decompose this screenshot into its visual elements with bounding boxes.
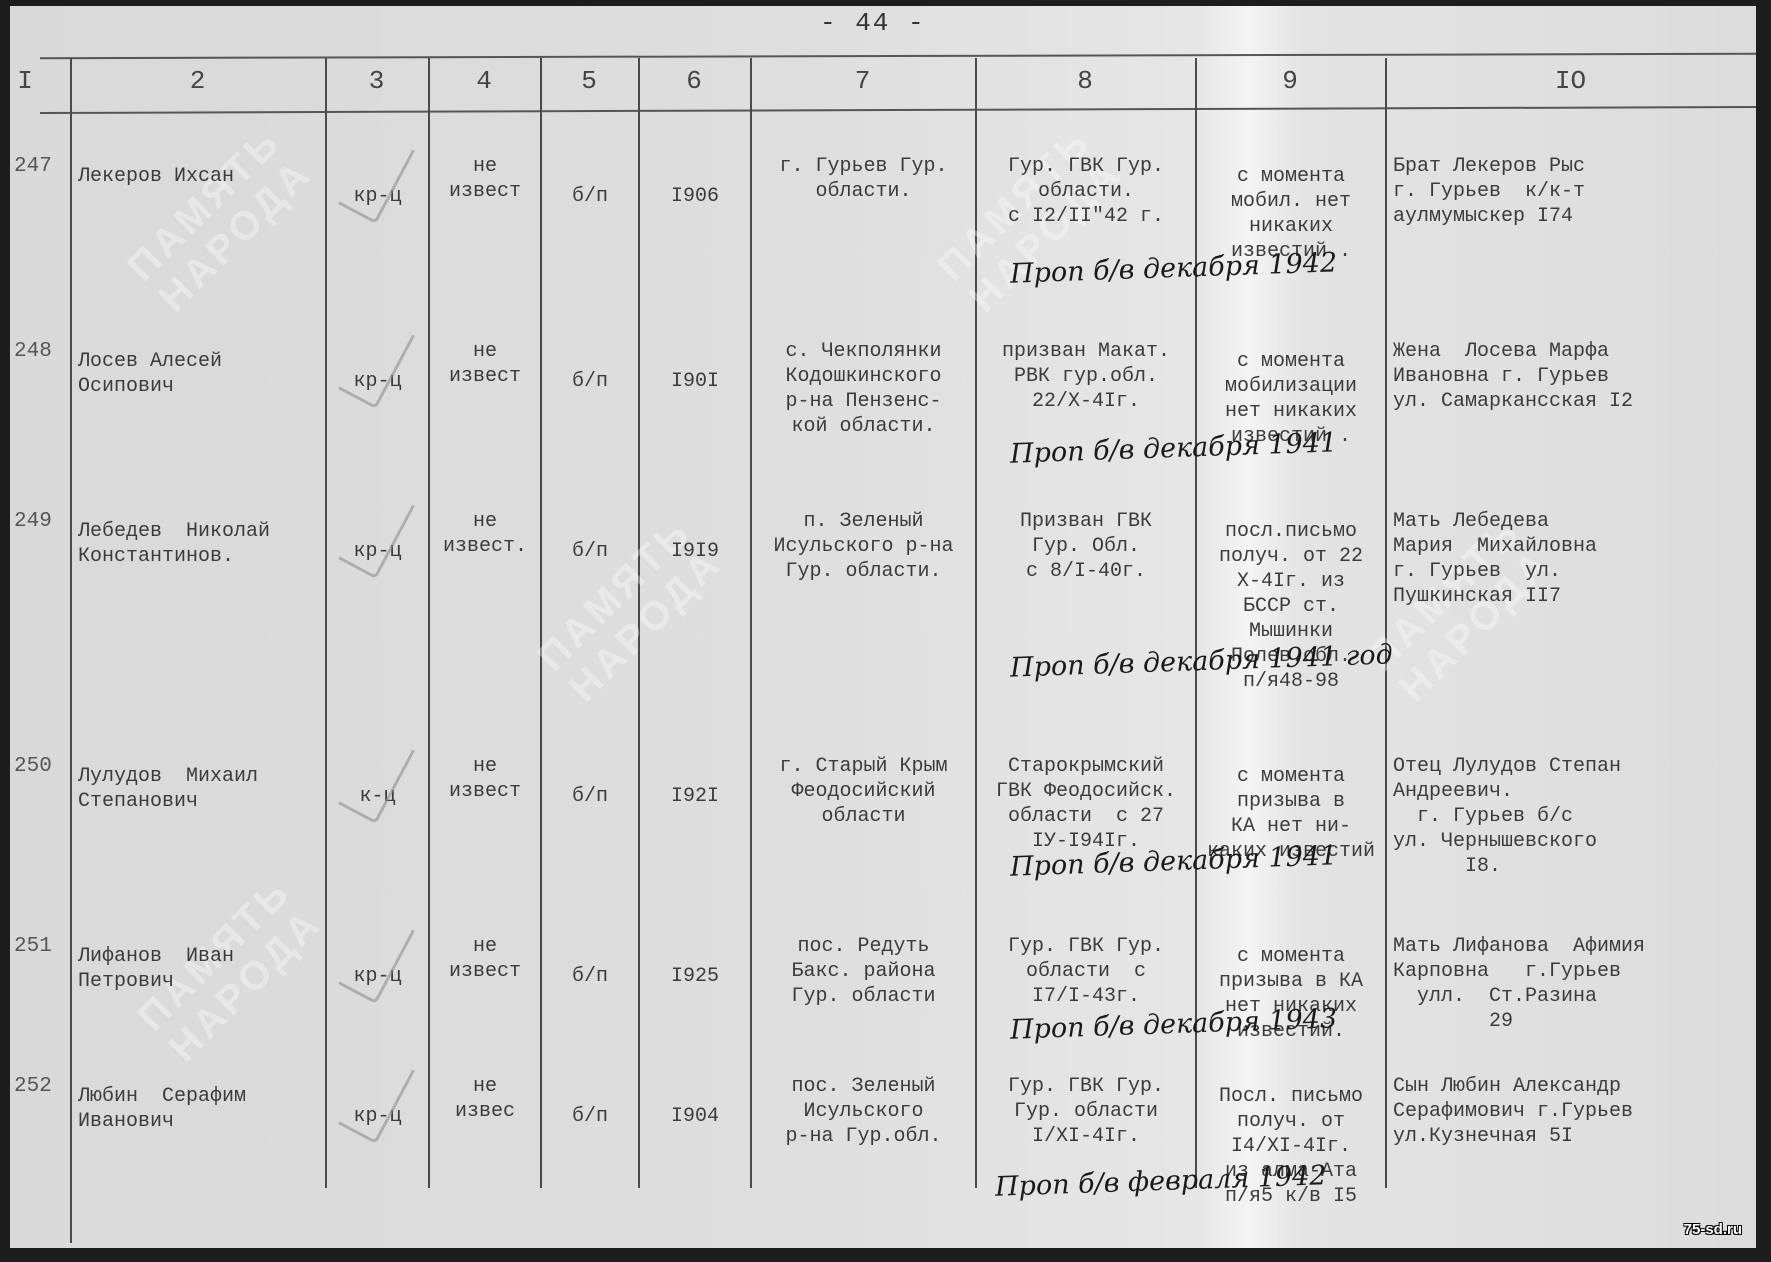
birth-year: I92I [646, 784, 744, 809]
header-top-rule [40, 53, 1756, 59]
full-name: Лекеров Ихсан [78, 164, 319, 189]
birth-year: I904 [646, 1104, 744, 1129]
checkmark-icon [338, 911, 415, 1004]
birthplace: п. Зеленый Исульского р-на Гур. области. [758, 509, 969, 584]
column-divider [750, 58, 752, 1188]
column-number: I [10, 66, 40, 96]
row-number: 250 [14, 754, 60, 779]
column-number: 6 [664, 66, 724, 96]
full-name: Лифанов Иван Петрович [78, 944, 319, 994]
unknown-field: не извес [436, 1074, 534, 1124]
unknown-field: не извест. [436, 509, 534, 559]
next-of-kin: Жена Лосева Марфа Ивановна г. Гурьев ул.… [1393, 339, 1750, 414]
party-membership: б/п [548, 964, 632, 989]
column-number: 3 [347, 66, 407, 96]
column-number: IO [1541, 66, 1601, 96]
site-watermark: 75-sd.ru [1684, 1221, 1742, 1238]
pamyat-naroda-stamp: ПАМЯТЬ НАРОДА [104, 104, 336, 336]
pamyat-naroda-stamp: ПАМЯТЬ НАРОДА [514, 494, 746, 726]
row-number: 251 [14, 934, 60, 959]
column-number: 9 [1260, 66, 1320, 96]
checkmark-icon [338, 731, 415, 824]
next-of-kin: Отец Лулудов Степан Андреевич. г. Гурьев… [1393, 754, 1750, 879]
row-number: 252 [14, 1074, 60, 1099]
column-number: 8 [1055, 66, 1115, 96]
full-name: Лулудов Михаил Степанович [78, 764, 319, 814]
column-divider [540, 58, 542, 1188]
party-membership: б/п [548, 539, 632, 564]
checkmark-icon [338, 1051, 415, 1144]
row-number: 247 [14, 154, 60, 179]
column-divider [70, 58, 72, 1243]
birth-year: I925 [646, 964, 744, 989]
full-name: Любин Серафим Иванович [78, 1084, 319, 1134]
column-number: 4 [454, 66, 514, 96]
handwritten-annotation: Проп б/в декабря 1941 [1010, 427, 1338, 469]
draft-office: Гур. ГВК Гур. области с I7/I-43г. [983, 934, 1189, 1009]
birthplace: пос. Редуть Бакс. района Гур. области [758, 934, 969, 1009]
birthplace: г. Гурьев Гур. области. [758, 154, 969, 204]
column-number: 2 [168, 66, 228, 96]
birthplace: г. Старый Крым Феодосийский области [758, 754, 969, 829]
draft-office: Старокрымский ГВК Феодосийск. области с … [983, 754, 1189, 854]
party-membership: б/п [548, 369, 632, 394]
column-number: 7 [833, 66, 893, 96]
checkmark-icon [338, 316, 415, 409]
birth-year: I906 [646, 184, 744, 209]
unknown-field: не извест [436, 154, 534, 204]
draft-office: Гур. ГВК Гур. Гур. области I/XI-4Iг. [983, 1074, 1189, 1149]
full-name: Лосев Алесей Осипович [78, 349, 319, 399]
birthplace: с. Чекполянки Кодошкинского р-на Пензенс… [758, 339, 969, 439]
birth-year: I90I [646, 369, 744, 394]
full-name: Лебедев Николай Константинов. [78, 519, 319, 569]
draft-office: призван Макат. РВК гур.обл. 22/X-4Iг. [983, 339, 1189, 414]
draft-office: Гур. ГВК Гур. области. с I2/II"42 г. [983, 154, 1189, 229]
party-membership: б/п [548, 184, 632, 209]
checkmark-icon [338, 131, 415, 224]
row-number: 249 [14, 509, 60, 534]
next-of-kin: Мать Лебедева Мария Михайловна г. Гурьев… [1393, 509, 1750, 609]
birth-year: I9I9 [646, 539, 744, 564]
party-membership: б/п [548, 784, 632, 809]
draft-office: Призван ГВК Гур. Обл. с 8/I-40г. [983, 509, 1189, 584]
archival-document-page: - 44 - I23456789IO ПАМЯТЬ НАРОДА ПАМЯТЬ … [10, 6, 1756, 1248]
row-number: 248 [14, 339, 60, 364]
unknown-field: не извест [436, 934, 534, 984]
next-of-kin: Мать Лифанова Афимия Карповна г.Гурьев у… [1393, 934, 1750, 1034]
next-of-kin: Брат Лекеров Рыс г. Гурьев к/к-т аулмумы… [1393, 154, 1750, 229]
unknown-field: не извест [436, 339, 534, 389]
birthplace: пос. Зеленый Исульского р-на Гур.обл. [758, 1074, 969, 1149]
page-number: - 44 - [820, 8, 926, 38]
column-divider [325, 58, 327, 1188]
unknown-field: не извест [436, 754, 534, 804]
header-bottom-rule [40, 106, 1756, 114]
column-number: 5 [559, 66, 619, 96]
party-membership: б/п [548, 1104, 632, 1129]
next-of-kin: Сын Любин Александр Серафимович г.Гурьев… [1393, 1074, 1750, 1149]
checkmark-icon [338, 486, 415, 579]
handwritten-annotation: Проп б/в декабря 1942 [1010, 247, 1338, 289]
column-divider [428, 58, 430, 1188]
